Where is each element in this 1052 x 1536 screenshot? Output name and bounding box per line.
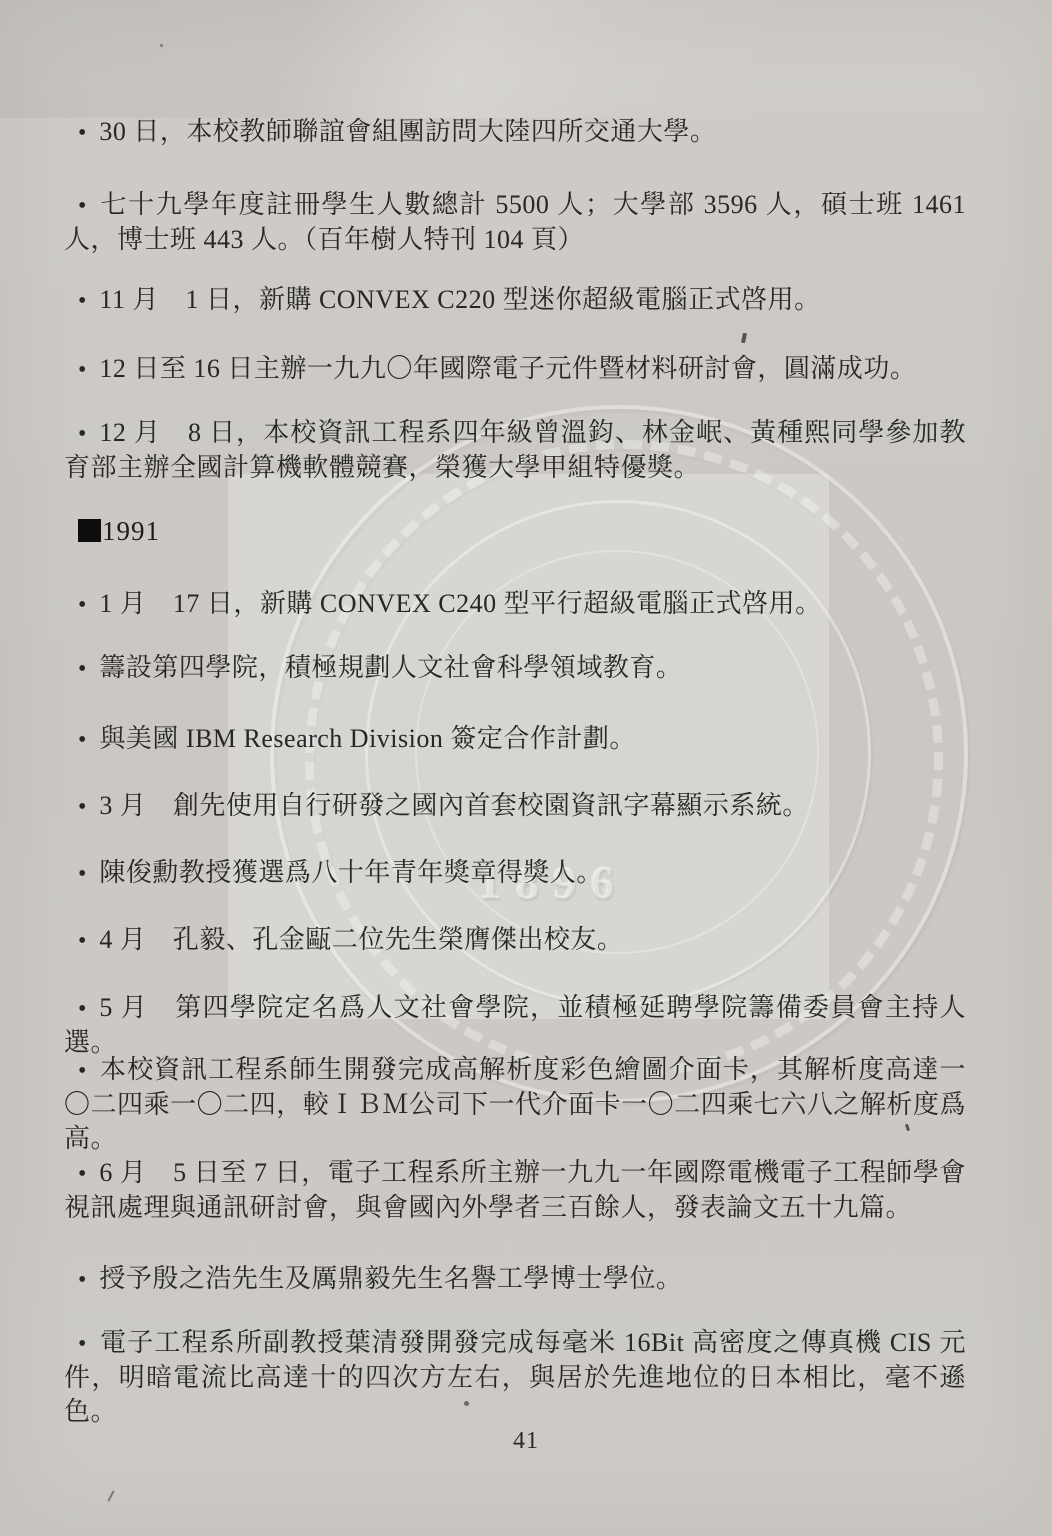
timeline-entry: 1 月 17 日，新購 CONVEX C240 型平行超級電腦正式啓用。 (64, 587, 966, 622)
scanned-document-page: 1896 30 日，本校教師聯誼會組團訪問大陸四所交通大學。 七十九學年度註冊學… (0, 0, 1052, 1536)
seal-hatched-ring (305, 440, 943, 1078)
timeline-entry: 30 日，本校教師聯誼會組團訪問大陸四所交通大學。 (64, 115, 966, 150)
timeline-entry: 陳俊勳教授獲選爲八十年青年獎章得獎人。 (64, 856, 966, 891)
timeline-entry: 12 日至 16 日主辦一九九〇年國際電子元件暨材料研討會，圓滿成功。 (64, 352, 966, 387)
paper-speck (107, 1490, 114, 1502)
timeline-entry: 11 月 1 日，新購 CONVEX C220 型迷你超級電腦正式啓用。 (64, 283, 966, 318)
section-heading-1991: 1991 (78, 516, 160, 546)
page-number: 41 (0, 1428, 1052, 1455)
timeline-entry: 3 月 創先使用自行研發之國內首套校園資訊字幕顯示系統。 (64, 789, 966, 824)
timeline-entry: 授予殷之浩先生及厲鼎毅先生名譽工學博士學位。 (64, 1262, 966, 1297)
black-square-marker-icon (78, 519, 101, 542)
timeline-entry: 4 月 孔毅、孔金甌二位先生榮膺傑出校友。 (64, 923, 966, 958)
scan-edge-shading (0, 0, 1052, 118)
paper-speck (741, 333, 747, 344)
timeline-entry: 6 月 5 日至 7 日，電子工程系所主辦一九九一年國際電機電子工程師學會視訊處… (64, 1156, 966, 1225)
timeline-entry: 12 月 8 日，本校資訊工程系四年級曾溫鈞、林金岷、黃種熙同學參加教育部主辦全… (64, 416, 966, 485)
timeline-entry: 籌設第四學院，積極規劃人文社會科學領域教育。 (64, 651, 966, 686)
paper-speck (464, 1401, 469, 1406)
timeline-entry: 七十九學年度註冊學生人數總計 5500 人；大學部 3596 人，碩士班 146… (64, 188, 966, 257)
timeline-entry: 本校資訊工程系師生開發完成高解析度彩色繪圖介面卡，其解析度高達一〇二四乘一〇二四… (64, 1053, 966, 1156)
timeline-entry: 電子工程系所副教授葉清發開發完成每毫米 16Bit 高密度之傳真機 CIS 元件… (64, 1326, 966, 1429)
paper-speck (160, 44, 163, 47)
section-year-label: 1991 (102, 516, 160, 546)
timeline-entry: 與美國 IBM Research Division 簽定合作計劃。 (64, 722, 966, 757)
timeline-entry: 5 月 第四學院定名爲人文社會學院，並積極延聘學院籌備委員會主持人選。 (64, 991, 966, 1060)
